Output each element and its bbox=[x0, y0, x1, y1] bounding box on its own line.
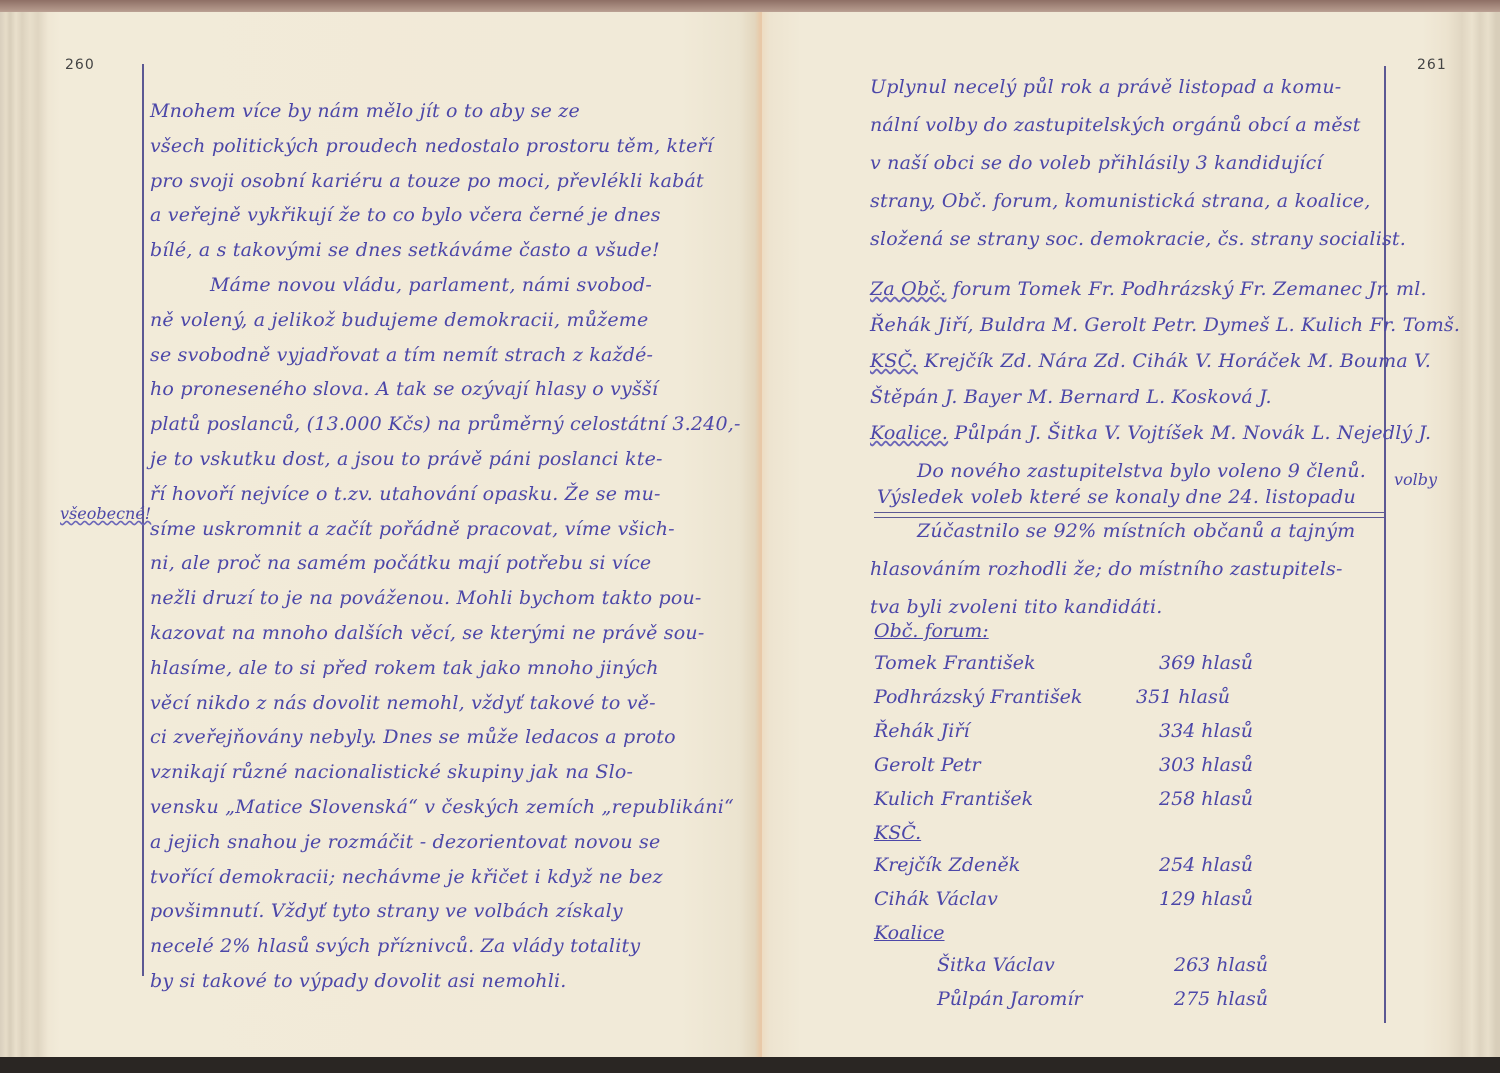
result-row: Tomek František369 hlasů bbox=[874, 652, 1294, 674]
text-line: pro svoji osobní kariéru a touze po moci… bbox=[150, 170, 704, 192]
candidate-votes: 334 hlasů bbox=[1159, 720, 1253, 742]
text-line: věcí nikdo z nás dovolit nemohl, vždyť t… bbox=[150, 692, 656, 714]
text-line: ně volený, a jelikož budujeme demokracii… bbox=[150, 309, 648, 331]
candidate-name: Šitka Václav bbox=[937, 954, 1055, 976]
text-line: všech politických proudech nedostalo pro… bbox=[150, 135, 713, 157]
text-line: Zúčastnilo se 92% místních občanů a tajn… bbox=[917, 520, 1355, 542]
candidate-votes: 275 hlasů bbox=[1174, 988, 1268, 1010]
text-line: bílé, a s takovými se dnes setkáváme čas… bbox=[150, 239, 660, 261]
text-line: a jejich snahou je rozmáčit - dezoriento… bbox=[150, 831, 660, 853]
text-line: je to vskutku dost, a jsou to právě páni… bbox=[150, 448, 663, 470]
text-line: v naší obci se do voleb přihlásily 3 kan… bbox=[870, 152, 1323, 174]
margin-rule-right bbox=[1384, 66, 1386, 1023]
candidate-name: Podhrázský František bbox=[874, 686, 1082, 708]
candidate-names: Řehák Jiří, Buldra M. Gerolt Petr. Dymeš… bbox=[870, 314, 1460, 336]
text-line: složená se strany soc. demokracie, čs. s… bbox=[870, 228, 1406, 250]
text-line: Mnohem více by nám mělo jít o to aby se … bbox=[150, 100, 580, 122]
candidate-list-line: KSČ. Krejčík Zd. Nára Zd. Cihák V. Horáč… bbox=[870, 350, 1431, 372]
candidate-name: Cihák Václav bbox=[874, 888, 998, 910]
party-heading: Obč. forum: bbox=[874, 620, 989, 642]
text-line: síme uskromnit a začít pořádně pracovat,… bbox=[150, 518, 675, 540]
candidate-votes: 351 hlasů bbox=[1136, 686, 1230, 708]
candidate-names: forum Tomek Fr. Podhrázský Fr. Zemanec J… bbox=[946, 278, 1426, 300]
text-line: Máme novou vládu, parlament, námi svobod… bbox=[210, 274, 652, 296]
page-number-right: 261 bbox=[1417, 57, 1447, 73]
result-row: Kulich František258 hlasů bbox=[874, 788, 1294, 810]
text-line: hlasováním rozhodli že; do místního zast… bbox=[870, 558, 1343, 580]
open-chronicle-book: 260 všeobecné! Mnohem více by nám mělo j… bbox=[0, 0, 1500, 1060]
candidate-names: Krejčík Zd. Nára Zd. Cihák V. Horáček M.… bbox=[918, 350, 1431, 372]
result-heading: Výsledek voleb které se konaly dne 24. l… bbox=[877, 486, 1356, 508]
result-row: Gerolt Petr303 hlasů bbox=[874, 754, 1294, 776]
candidate-name: Tomek František bbox=[874, 652, 1036, 674]
text-line: strany, Obč. forum, komunistická strana,… bbox=[870, 190, 1371, 212]
result-row: Šitka Václav263 hlasů bbox=[937, 954, 1357, 976]
text-line: tvořící demokracii; nechávme je křičet i… bbox=[150, 866, 663, 888]
text-line: nální volby do zastupitelských orgánů ob… bbox=[870, 114, 1361, 136]
candidate-name: Kulich František bbox=[874, 788, 1033, 810]
party-label: Za Obč. bbox=[870, 278, 946, 300]
text-line: ni, ale proč na samém počátku mají potře… bbox=[150, 552, 651, 574]
result-row: Řehák Jiří334 hlasů bbox=[874, 720, 1294, 742]
candidate-votes: 303 hlasů bbox=[1159, 754, 1253, 776]
text-line: ří hovoří nejvíce o t.zv. utahování opas… bbox=[150, 483, 661, 505]
candidate-name: Půlpán Jaromír bbox=[937, 988, 1083, 1010]
text-line: by si takové to výpady dovolit asi nemoh… bbox=[150, 970, 567, 992]
result-row: Podhrázský František351 hlasů bbox=[874, 686, 1294, 708]
margin-note-right: volby bbox=[1394, 470, 1437, 489]
text-line: tva byli zvoleni tito kandidáti. bbox=[870, 596, 1162, 618]
margin-note-text: všeobecné! bbox=[60, 504, 151, 523]
text-line: a veřejně vykřikují že to co bylo včera … bbox=[150, 204, 661, 226]
candidate-name: Krejčík Zdeněk bbox=[874, 854, 1020, 876]
party-heading: Koalice bbox=[874, 922, 945, 944]
candidate-votes: 258 hlasů bbox=[1159, 788, 1253, 810]
text-line: hlasíme, ale to si před rokem tak jako m… bbox=[150, 657, 659, 679]
left-page: 260 všeobecné! Mnohem více by nám mělo j… bbox=[0, 12, 762, 1057]
party-label: KSČ. bbox=[870, 350, 918, 372]
result-row: Krejčík Zdeněk254 hlasů bbox=[874, 854, 1294, 876]
candidate-names: Štěpán J. Bayer M. Bernard L. Kosková J. bbox=[870, 386, 1272, 408]
text-line: vensku „Matice Slovenská“ v českých zemí… bbox=[150, 796, 734, 818]
text-line: necelé 2% hlasů svých příznivců. Za vlád… bbox=[150, 935, 640, 957]
candidate-name: Gerolt Petr bbox=[874, 754, 981, 776]
party-label: Koalice. bbox=[870, 422, 948, 444]
text-line: kazovat na mnoho dalších věcí, se kterým… bbox=[150, 622, 704, 644]
text-line: Uplynul necelý půl rok a právě listopad … bbox=[870, 76, 1341, 98]
right-page: 261 volby Uplynul necelý půl rok a právě… bbox=[762, 12, 1500, 1057]
seats-line: Do nového zastupitelstva bylo voleno 9 č… bbox=[917, 460, 1366, 482]
margin-note-left: všeobecné! bbox=[60, 504, 151, 523]
text-line: nežli druzí to je na pováženou. Mohli by… bbox=[150, 587, 702, 609]
candidate-list-line: Štěpán J. Bayer M. Bernard L. Kosková J. bbox=[870, 386, 1272, 408]
text-line: ho proneseného slova. A tak se ozývají h… bbox=[150, 378, 658, 400]
result-heading-double-rule bbox=[874, 512, 1384, 518]
text-line: platů poslanců, (13.000 Kčs) na průměrný… bbox=[150, 413, 741, 435]
candidate-names: Půlpán J. Šitka V. Vojtíšek M. Novák L. … bbox=[948, 422, 1431, 444]
candidate-name: Řehák Jiří bbox=[874, 720, 970, 742]
text-line: povšimnutí. Vždyť tyto strany ve volbách… bbox=[150, 900, 623, 922]
result-row: Půlpán Jaromír275 hlasů bbox=[937, 988, 1357, 1010]
text-line: se svobodně vyjadřovat a tím nemít strac… bbox=[150, 344, 653, 366]
candidate-votes: 254 hlasů bbox=[1159, 854, 1253, 876]
page-number-left: 260 bbox=[65, 57, 95, 73]
candidate-votes: 369 hlasů bbox=[1159, 652, 1253, 674]
candidate-list-line: Řehák Jiří, Buldra M. Gerolt Petr. Dymeš… bbox=[870, 314, 1460, 336]
candidate-votes: 129 hlasů bbox=[1159, 888, 1253, 910]
candidate-votes: 263 hlasů bbox=[1174, 954, 1268, 976]
candidate-list-line: Za Obč. forum Tomek Fr. Podhrázský Fr. Z… bbox=[870, 278, 1427, 300]
result-row: Cihák Václav129 hlasů bbox=[874, 888, 1294, 910]
text-line: ci zveřejňovány nebyly. Dnes se může led… bbox=[150, 726, 676, 748]
party-heading: KSČ. bbox=[874, 822, 921, 844]
text-line: vznikají různé nacionalistické skupiny j… bbox=[150, 761, 633, 783]
candidate-list-line: Koalice. Půlpán J. Šitka V. Vojtíšek M. … bbox=[870, 422, 1431, 444]
